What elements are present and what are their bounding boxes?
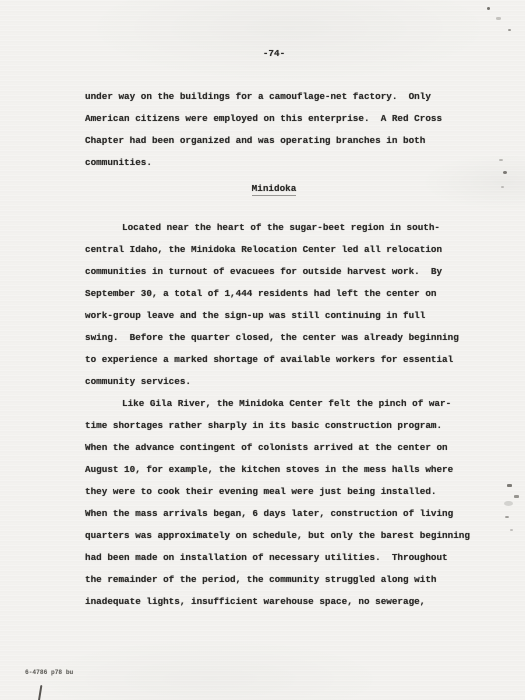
scanned-document-page: -74- under way on the buildings for a ca… bbox=[0, 0, 525, 700]
pen-mark-artifact bbox=[38, 685, 43, 700]
scan-speck bbox=[508, 29, 511, 31]
paragraph-construction-shortages: Like Gila River, the Minidoka Center fel… bbox=[85, 393, 470, 613]
text-line: August 10, for example, the kitchen stov… bbox=[85, 459, 470, 481]
scan-speck bbox=[501, 186, 504, 188]
text-line: they were to cook their evening meal wer… bbox=[85, 481, 470, 503]
text-line: Chapter had been organized and was opera… bbox=[85, 130, 442, 152]
text-line: community services. bbox=[85, 371, 459, 393]
scan-speck bbox=[499, 159, 503, 161]
text-line: When the advance contingent of colonists… bbox=[85, 437, 470, 459]
text-line: Like Gila River, the Minidoka Center fel… bbox=[85, 393, 470, 415]
text-line: time shortages rather sharply in its bas… bbox=[85, 415, 470, 437]
scan-speck bbox=[503, 171, 507, 174]
paragraph-camouflage-factory: under way on the buildings for a camoufl… bbox=[85, 86, 442, 174]
text-line: quarters was approximately on schedule, … bbox=[85, 525, 470, 547]
text-line: September 30, a total of 1,444 residents… bbox=[85, 283, 459, 305]
text-line: communities in turnout of evacuees for o… bbox=[85, 261, 459, 283]
section-heading-minidoka: Minidoka bbox=[85, 178, 463, 200]
scan-speck bbox=[496, 17, 501, 20]
text-line: swing. Before the quarter closed, the ce… bbox=[85, 327, 459, 349]
text-line: When the mass arrivals began, 6 days lat… bbox=[85, 503, 470, 525]
text-line: inadequate lights, insufficient warehous… bbox=[85, 591, 470, 613]
text-line: to experience a marked shortage of avail… bbox=[85, 349, 459, 371]
scan-speck bbox=[505, 516, 509, 518]
text-line: under way on the buildings for a camoufl… bbox=[85, 86, 442, 108]
text-line: communities. bbox=[85, 152, 442, 174]
scan-speck bbox=[507, 484, 512, 487]
text-line: had been made on installation of necessa… bbox=[85, 547, 470, 569]
scan-speck bbox=[510, 529, 513, 531]
page-number: -74- bbox=[85, 48, 463, 59]
text-line: American citizens were employed on this … bbox=[85, 108, 442, 130]
text-line: the remainder of the period, the communi… bbox=[85, 569, 470, 591]
text-line: central Idaho, the Minidoka Relocation C… bbox=[85, 239, 459, 261]
paragraph-harvest-work: Located near the heart of the sugar-beet… bbox=[85, 217, 459, 393]
scan-speck bbox=[504, 501, 513, 506]
scan-speck bbox=[487, 7, 490, 10]
text-line: Located near the heart of the sugar-beet… bbox=[85, 217, 459, 239]
text-line: work-group leave and the sign-up was sti… bbox=[85, 305, 459, 327]
section-heading-text: Minidoka bbox=[252, 183, 297, 196]
footer-archive-code: 6-4786 p78 bu bbox=[25, 669, 73, 676]
scan-speck bbox=[514, 495, 519, 498]
